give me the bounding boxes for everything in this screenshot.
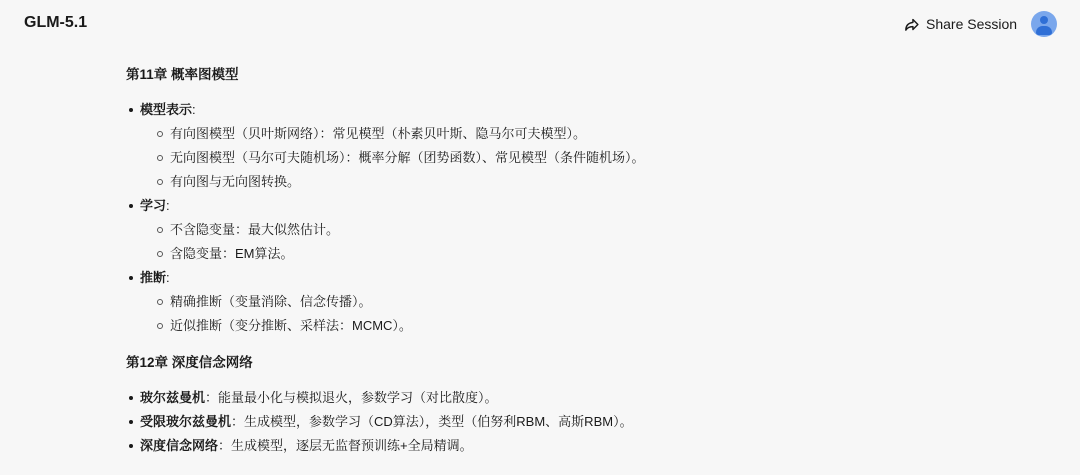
sub-list-item: 不含隐变量：最大似然估计。 bbox=[140, 218, 946, 242]
item-label: 受限玻尔兹曼机 bbox=[140, 414, 231, 429]
list-item: 推断: 精确推断（变量消除、信念传播）。 近似推断（变分推断、采样法：MCMC）… bbox=[126, 266, 946, 338]
item-text: ：生成模型，参数学习（CD算法），类型（伯努利RBM、高斯RBM）。 bbox=[231, 414, 633, 429]
item-text: ：生成模型，逐层无监督预训练+全局精调。 bbox=[218, 438, 473, 453]
list-item: 玻尔兹曼机：能量最小化与模拟退火，参数学习（对比散度）。 bbox=[126, 386, 946, 410]
chapter-12-list: 玻尔兹曼机：能量最小化与模拟退火，参数学习（对比散度）。 受限玻尔兹曼机：生成模… bbox=[126, 386, 946, 458]
sub-list-item: 有向图模型（贝叶斯网络）：常见模型（朴素贝叶斯、隐马尔可夫模型）。 bbox=[140, 122, 946, 146]
item-suffix: : bbox=[166, 270, 170, 285]
sub-list-item: 含隐变量：EM算法。 bbox=[140, 242, 946, 266]
message-content: 第11章 概率图模型 模型表示: 有向图模型（贝叶斯网络）：常见模型（朴素贝叶斯… bbox=[126, 64, 946, 458]
chapter-title: 第11章 概率图模型 bbox=[126, 64, 946, 86]
item-label: 玻尔兹曼机 bbox=[140, 390, 205, 405]
item-suffix: : bbox=[192, 102, 196, 117]
item-label: 深度信念网络 bbox=[140, 438, 218, 453]
item-text: ：能量最小化与模拟退火，参数学习（对比散度）。 bbox=[205, 390, 498, 405]
list-item: 学习: 不含隐变量：最大似然估计。 含隐变量：EM算法。 bbox=[126, 194, 946, 266]
sub-list-item: 有向图与无向图转换。 bbox=[140, 170, 946, 194]
sub-list: 有向图模型（贝叶斯网络）：常见模型（朴素贝叶斯、隐马尔可夫模型）。 无向图模型（… bbox=[140, 122, 946, 194]
app-title: GLM-5.1 bbox=[24, 14, 87, 32]
share-session-label: Share Session bbox=[926, 16, 1017, 32]
sub-list: 不含隐变量：最大似然估计。 含隐变量：EM算法。 bbox=[140, 218, 946, 266]
sub-list: 精确推断（变量消除、信念传播）。 近似推断（变分推断、采样法：MCMC）。 bbox=[140, 290, 946, 338]
chapter-11-list: 模型表示: 有向图模型（贝叶斯网络）：常见模型（朴素贝叶斯、隐马尔可夫模型）。 … bbox=[126, 98, 946, 338]
chapter-title: 第12章 深度信念网络 bbox=[126, 352, 946, 374]
item-label: 推断 bbox=[140, 270, 166, 285]
list-item: 模型表示: 有向图模型（贝叶斯网络）：常见模型（朴素贝叶斯、隐马尔可夫模型）。 … bbox=[126, 98, 946, 194]
item-suffix: : bbox=[166, 198, 170, 213]
list-item: 受限玻尔兹曼机：生成模型，参数学习（CD算法），类型（伯努利RBM、高斯RBM）… bbox=[126, 410, 946, 434]
list-item: 深度信念网络：生成模型，逐层无监督预训练+全局精调。 bbox=[126, 434, 946, 458]
sub-list-item: 精确推断（变量消除、信念传播）。 bbox=[140, 290, 946, 314]
sub-list-item: 近似推断（变分推断、采样法：MCMC）。 bbox=[140, 314, 946, 338]
user-avatar[interactable] bbox=[1031, 11, 1057, 37]
share-session-button[interactable]: Share Session bbox=[903, 13, 1017, 35]
sub-list-item: 无向图模型（马尔可夫随机场）：概率分解（团势函数）、常见模型（条件随机场）。 bbox=[140, 146, 946, 170]
avatar-body-icon bbox=[1036, 26, 1052, 35]
top-bar: GLM-5.1 Share Session bbox=[0, 0, 1080, 48]
item-label: 学习 bbox=[140, 198, 166, 213]
share-arrow-icon bbox=[903, 16, 920, 33]
avatar-head-icon bbox=[1040, 16, 1048, 24]
item-label: 模型表示 bbox=[140, 102, 192, 117]
